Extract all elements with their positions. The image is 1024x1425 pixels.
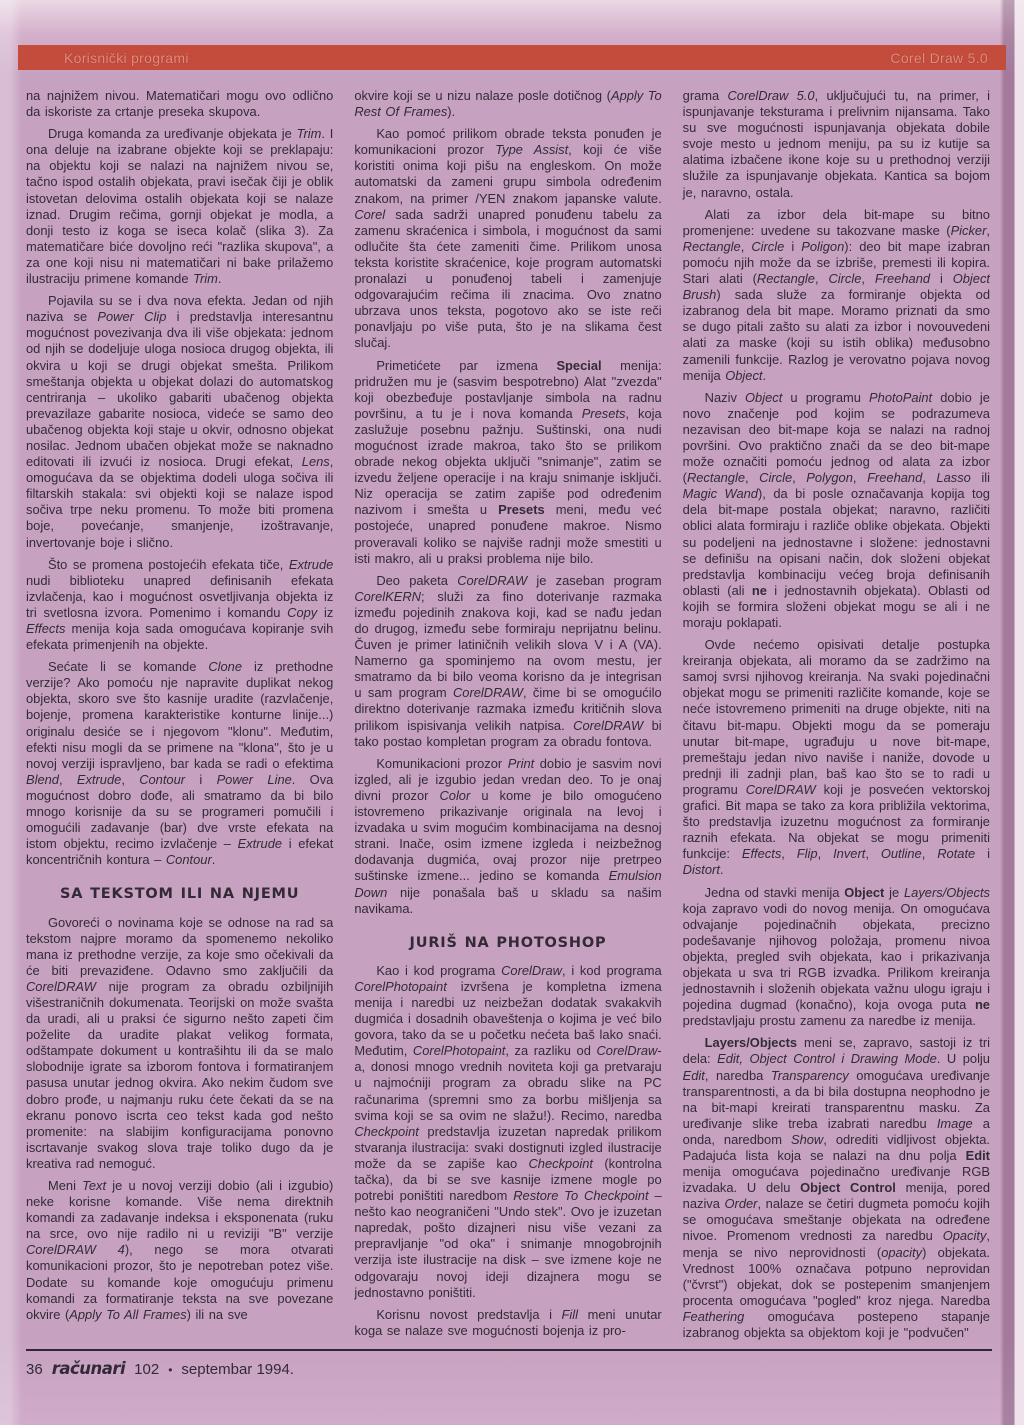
- paragraph: Primetićete par izmena Special menija: p…: [354, 358, 661, 567]
- paragraph: okvire koji se u nizu nalaze posle dotič…: [354, 88, 661, 120]
- column-2: okvire koji se u nizu nalaze posle dotič…: [354, 88, 661, 1350]
- section-heading: JURIŠ NA PHOTOSHOP: [354, 935, 661, 951]
- page-header-bar: Korisnički programi Corel Draw 5.0: [18, 45, 1006, 70]
- paragraph: Korisnu novost predstavlja i Fill meni u…: [354, 1307, 661, 1339]
- header-section-label: Korisnički programi: [64, 50, 189, 66]
- paragraph: Ovde nećemo opisivati detalje postupka k…: [683, 637, 990, 878]
- section-heading: SA TEKSTOM ILI NA NJEMU: [26, 886, 333, 902]
- article-columns: na najnižem nivou. Matematičari mogu ovo…: [26, 88, 990, 1350]
- header-article-label: Corel Draw 5.0: [890, 50, 988, 66]
- magazine-logo: računari: [52, 1359, 125, 1378]
- paragraph: Meni Text je u novoj verziji dobio (ali …: [26, 1178, 333, 1323]
- paragraph: Alati za izbor dela bit-mape su bitno pr…: [683, 207, 990, 384]
- column-3: grama CorelDraw 5.0, uključujući tu, na …: [683, 88, 990, 1350]
- issue-date: septembar 1994.: [181, 1361, 294, 1378]
- paragraph: Druga komanda za uređivanje objekata je …: [26, 126, 333, 287]
- issue-number: 102: [134, 1361, 159, 1378]
- bullet-separator: •: [168, 1363, 172, 1377]
- page-number: 36: [26, 1361, 43, 1378]
- paragraph: Govoreći o novinama koje se odnose na ra…: [26, 915, 333, 1173]
- paragraph: Naziv Object u programu PhotoPaint dobio…: [683, 390, 990, 631]
- paragraph: Kao i kod programa CorelDraw, i kod prog…: [354, 963, 661, 1301]
- column-1: na najnižem nivou. Matematičari mogu ovo…: [26, 88, 333, 1350]
- paragraph: Jedna od stavki menija Object je Layers/…: [683, 885, 990, 1030]
- page-footer: 36 računari 102 • septembar 1994.: [26, 1349, 992, 1378]
- paragraph: Što se promena postojećih efekata tiče, …: [26, 557, 333, 654]
- paragraph: Deo paketa CorelDRAW je zaseban program …: [354, 573, 661, 750]
- paragraph: Pojavila su se i dva nova efekta. Jedan …: [26, 293, 333, 551]
- paragraph: grama CorelDraw 5.0, uključujući tu, na …: [683, 88, 990, 201]
- paragraph: Komunikacioni prozor Print dobio je sasv…: [354, 756, 661, 917]
- paragraph: na najnižem nivou. Matematičari mogu ovo…: [26, 88, 333, 120]
- paragraph: Sećate li se komande Clone iz prethodne …: [26, 659, 333, 868]
- paragraph: Layers/Objects meni se, zapravo, sastoji…: [683, 1035, 990, 1341]
- paragraph: Kao pomoć prilikom obrade teksta ponuđen…: [354, 126, 661, 351]
